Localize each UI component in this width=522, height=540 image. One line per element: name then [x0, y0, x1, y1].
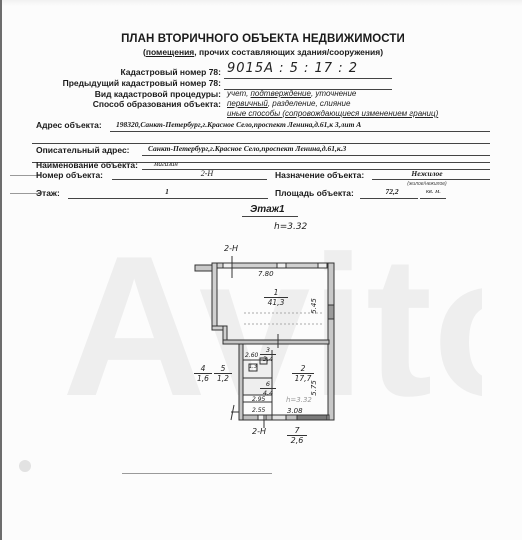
small-dim-3: 2.95	[252, 396, 265, 403]
punch-hole	[19, 460, 31, 472]
room-3-area: 3,4	[260, 355, 276, 363]
document-page: Avito ПЛАН ВТОРИЧНОГО ОБЪЕКТА НЕДВИЖИМОС…	[0, 0, 522, 540]
room-3-label: 3 3,4	[260, 346, 276, 363]
room-4-number: 4	[194, 364, 212, 374]
small-dim-1: 2.60	[245, 352, 258, 359]
small-dim-5: 3.08	[287, 407, 303, 415]
room-3-number: 3	[260, 346, 276, 355]
unit-label-top: 2-Н	[224, 244, 238, 253]
room-4-label: 4 1,6	[194, 364, 212, 383]
dimension-right-1: 5.45	[310, 298, 318, 314]
room-7-number: 7	[287, 426, 307, 436]
room-6-number: 6	[260, 380, 276, 389]
dimension-top: 7.80	[258, 270, 274, 278]
dimension-right-2: 5.75	[310, 380, 318, 396]
faint-stroke	[122, 473, 272, 474]
room-7-area: 2,6	[287, 436, 307, 445]
room-1-area: 41,3	[264, 298, 288, 307]
room-1-number: 1	[264, 288, 288, 298]
room-5-area: 1,2	[214, 374, 232, 383]
room-2-number: 2	[292, 364, 314, 374]
room-height-note: h=3.32	[286, 396, 312, 404]
unit-label-bottom: 2-Н	[252, 427, 266, 436]
room-5-label: 5 1,2	[214, 364, 232, 383]
small-dim-2: 1.3	[249, 364, 257, 370]
room-7-label: 7 2,6	[287, 426, 307, 445]
room-5-number: 5	[214, 364, 232, 374]
room-4-area: 1,6	[194, 374, 212, 383]
room-1-label: 1 41,3	[264, 288, 288, 307]
room-6-label: 6 4,4	[260, 380, 276, 397]
small-dim-4: 2.55	[252, 407, 265, 414]
